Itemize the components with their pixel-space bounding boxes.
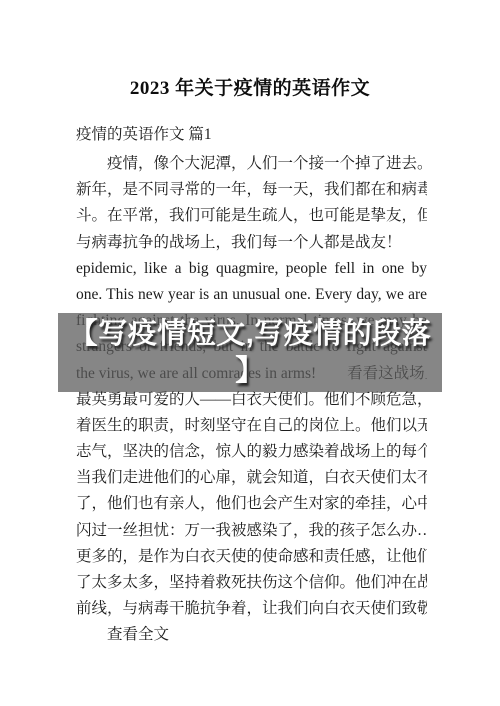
essay-line: 疫情，像个大泥潭，人们一个接一个掉了进去。这个 [76, 151, 427, 177]
page-title: 2023 年关于疫情的英语作文 [0, 0, 500, 100]
document-page: 2023 年关于疫情的英语作文 疫情的英语作文 篇1 疫情，像个大泥潭，人们一个… [0, 0, 500, 706]
essay-line: epidemic, like a big quagmire, people fe… [76, 256, 427, 282]
essay-line: 更多的，是作为白衣天使的使命感和责任感，让他们牺牲 [76, 544, 427, 570]
essay-line: the virus, we are all comrades in arms! … [76, 361, 427, 387]
essay-line: 着医生的职责，时刻坚守在自己的岗位上。他们以无畏的 [76, 413, 427, 439]
essay-line: fighting against the virus. In normal ti… [76, 308, 427, 334]
essay-line: 当我们走进他们的心扉，就会知道，白衣天使们太不简洁 [76, 465, 427, 491]
essay-paragraph: 疫情，像个大泥潭，人们一个接一个掉了进去。这个 新年，是不同寻常的一年，每一天，… [76, 151, 427, 649]
essay-line: strangers or friends, but in the battle … [76, 334, 427, 360]
essay-line: one. This new year is an unusual one. Ev… [76, 282, 427, 308]
view-full-link[interactable]: 查看全文 [76, 622, 427, 648]
essay-line: 新年，是不同寻常的一年，每一天，我们都在和病毒战 [76, 177, 427, 203]
essay-line: 斗。在平常，我们可能是生疏人，也可能是挚友，但到了 [76, 203, 427, 229]
section-heading: 疫情的英语作文 篇1 [76, 126, 427, 144]
essay-line: 前线，与病毒干脆抗争着，让我们向白衣天使们致敬！ [76, 596, 427, 622]
essay-line: 志气，坚决的信念，惊人的毅力感染着战场上的每个人。 [76, 439, 427, 465]
essay-line: 与病毒抗争的战场上，我们每一个人都是战友！ The [76, 230, 427, 256]
essay-line: 了，他们也有亲人，他们也会产生对家的牵挂，心中也会 [76, 491, 427, 517]
essay-line: 最英勇最可爱的人——白衣天使们。他们不顾危急，履行 [76, 387, 427, 413]
essay-line: 了太多太多，坚持着救死扶伤这个信仰。他们冲在战场最 [76, 570, 427, 596]
essay-line: 闪过一丝担忧：万一我被感染了，我的孩子怎么办……但 [76, 518, 427, 544]
